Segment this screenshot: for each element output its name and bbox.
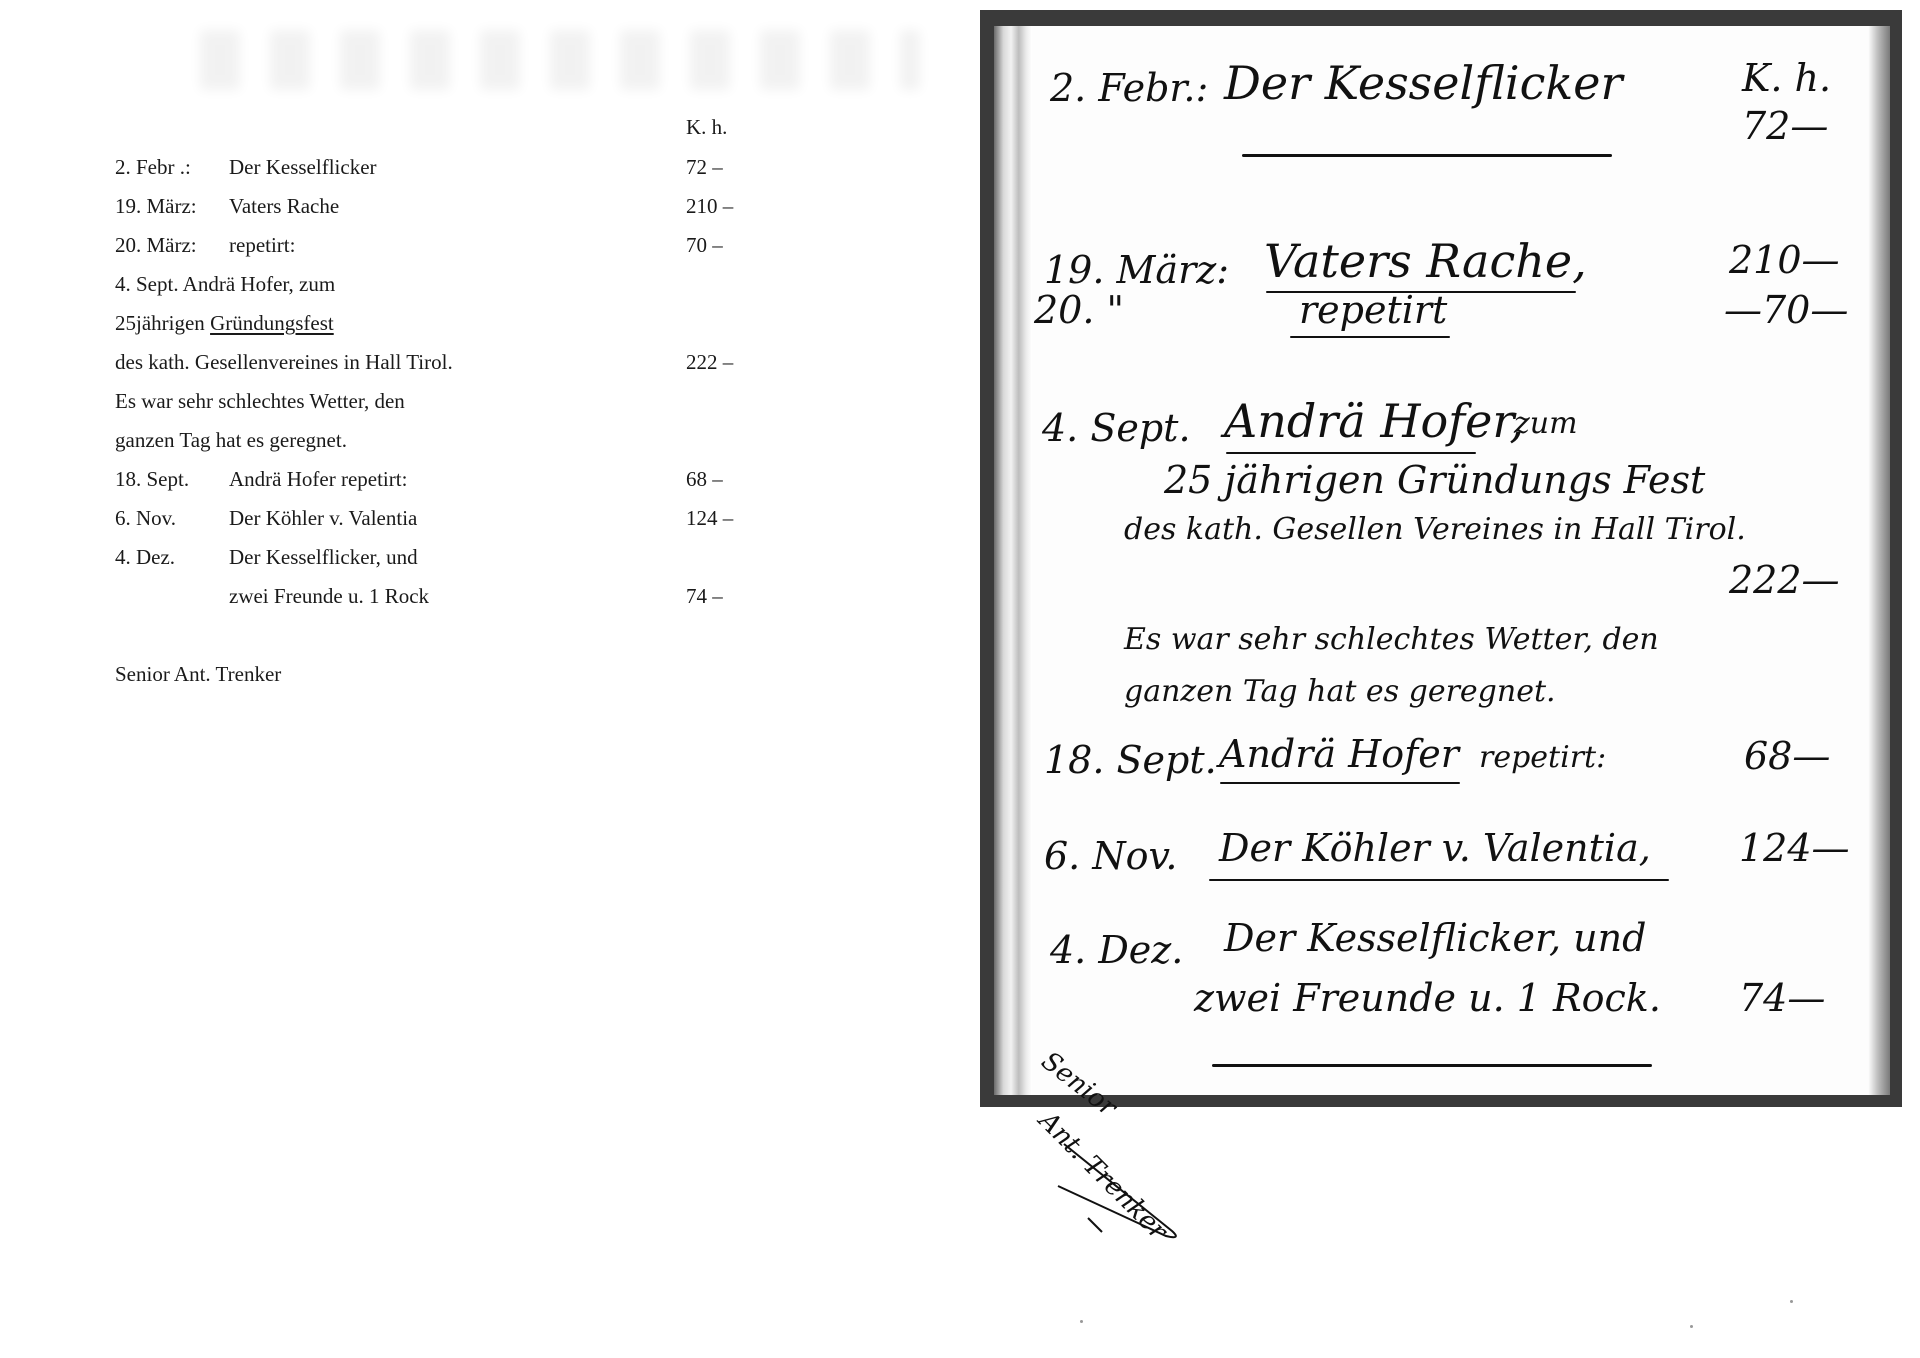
scan-speck [1690,1325,1693,1328]
book-binding [994,26,1032,1095]
hw-date: 4. Dez. [1050,928,1183,972]
scan-speck [1790,1300,1793,1303]
hw-currency-header: K. h. [1742,56,1831,100]
entry-title: Vaters Rache [229,194,339,218]
hw-amount: 222— [1729,558,1840,602]
underlined-word: Gründungsfest [210,311,334,335]
manuscript-photo: 2. Febr.: Der Kesselflicker K. h. 72— 19… [980,10,1902,1107]
entry-line: 25jährigen Gründungsfest [115,311,334,335]
hw-title: Der Köhler v. Valentia, [1219,826,1651,870]
scan-speck [1080,1320,1083,1323]
hw-line: des kath. Gesellen Vereines in Hall Tiro… [1124,512,1746,547]
entry-date: 20. März: [115,233,197,257]
hw-date: 19. März: [1044,248,1229,292]
hw-amount: 210— [1729,238,1840,282]
hw-weather-note: Es war sehr schlechtes Wetter, den [1124,622,1659,657]
weather-note: Es war sehr schlechtes Wetter, den [115,389,405,413]
title-underline [1220,782,1460,784]
entry-amount: 222 – [686,350,733,374]
hw-date: 4. Sept. [1042,406,1191,450]
hw-suffix: zum [1514,406,1578,441]
hw-amount: 68— [1744,734,1830,778]
separator-line [1212,1064,1652,1067]
hw-title: Andrä Hofer [1219,732,1459,776]
title-underline [1290,336,1450,338]
hw-line: 25 jährigen Gründungs Fest [1164,458,1705,502]
bleed-through-text [200,30,920,90]
entry-date: 18. Sept. [115,467,189,491]
hw-date: 18. Sept. [1044,738,1217,782]
hw-date: 20. " [1034,288,1124,332]
signature-transcribed: Senior Ant. Trenker [115,662,281,686]
hw-title: Vaters Rache, [1264,234,1587,288]
entry-title: Der Köhler v. Valentia [229,506,417,530]
hw-title: Der Kesselflicker, und [1224,916,1646,960]
entry-amount: 72 – [686,155,723,179]
hw-title: Andrä Hofer, [1224,394,1524,448]
entry-amount: 124 – [686,506,733,530]
hw-date: 6. Nov. [1044,834,1178,878]
entry-line: des kath. Gesellenvereines in Hall Tirol… [115,350,453,374]
entry-title: Der Kesselflicker [229,155,377,179]
entry-amount: 74 – [686,584,723,608]
hw-amount: 74— [1739,976,1825,1020]
hw-title: Der Kesselflicker [1224,56,1622,110]
manuscript-page: 2. Febr.: Der Kesselflicker K. h. 72— 19… [994,26,1890,1095]
hw-weather-note: ganzen Tag hat es geregnet. [1124,674,1556,709]
signature-flourish-icon [1054,1136,1194,1246]
hw-amount: —70— [1724,288,1848,332]
entry-title: zwei Freunde u. 1 Rock [229,584,429,608]
entry-title: Andrä Hofer repetirt: [229,467,407,491]
title-underline [1209,879,1669,881]
hw-title: repetirt [1299,288,1447,332]
hw-amount: 124— [1739,826,1850,870]
entry-date: 2. Febr .: [115,155,191,179]
title-underline [1226,452,1476,454]
currency-header: K. h. [686,115,727,139]
entry-amount: 70 – [686,233,723,257]
entry-line: 4. Sept. Andrä Hofer, zum [115,272,335,296]
entry-title: Der Kesselflicker, und [229,545,418,569]
transcription-page: K. h. 2. Febr .: Der Kesselflicker 72 – … [0,0,960,1358]
separator-line [1242,154,1612,157]
hw-suffix: repetirt: [1479,740,1606,775]
page-edge-shadow [1868,26,1890,1095]
entry-date: 19. März: [115,194,197,218]
entry-amount: 210 – [686,194,733,218]
hw-line: zwei Freunde u. 1 Rock. [1194,976,1661,1020]
entry-prefix: 25jährigen [115,311,210,335]
entry-amount: 68 – [686,467,723,491]
hw-amount: 72— [1742,104,1828,148]
entry-date: 4. Dez. [115,545,175,569]
hw-date: 2. Febr.: [1050,66,1208,110]
entry-date: 6. Nov. [115,506,176,530]
weather-note: ganzen Tag hat es geregnet. [115,428,347,452]
entry-title: repetirt: [229,233,295,257]
